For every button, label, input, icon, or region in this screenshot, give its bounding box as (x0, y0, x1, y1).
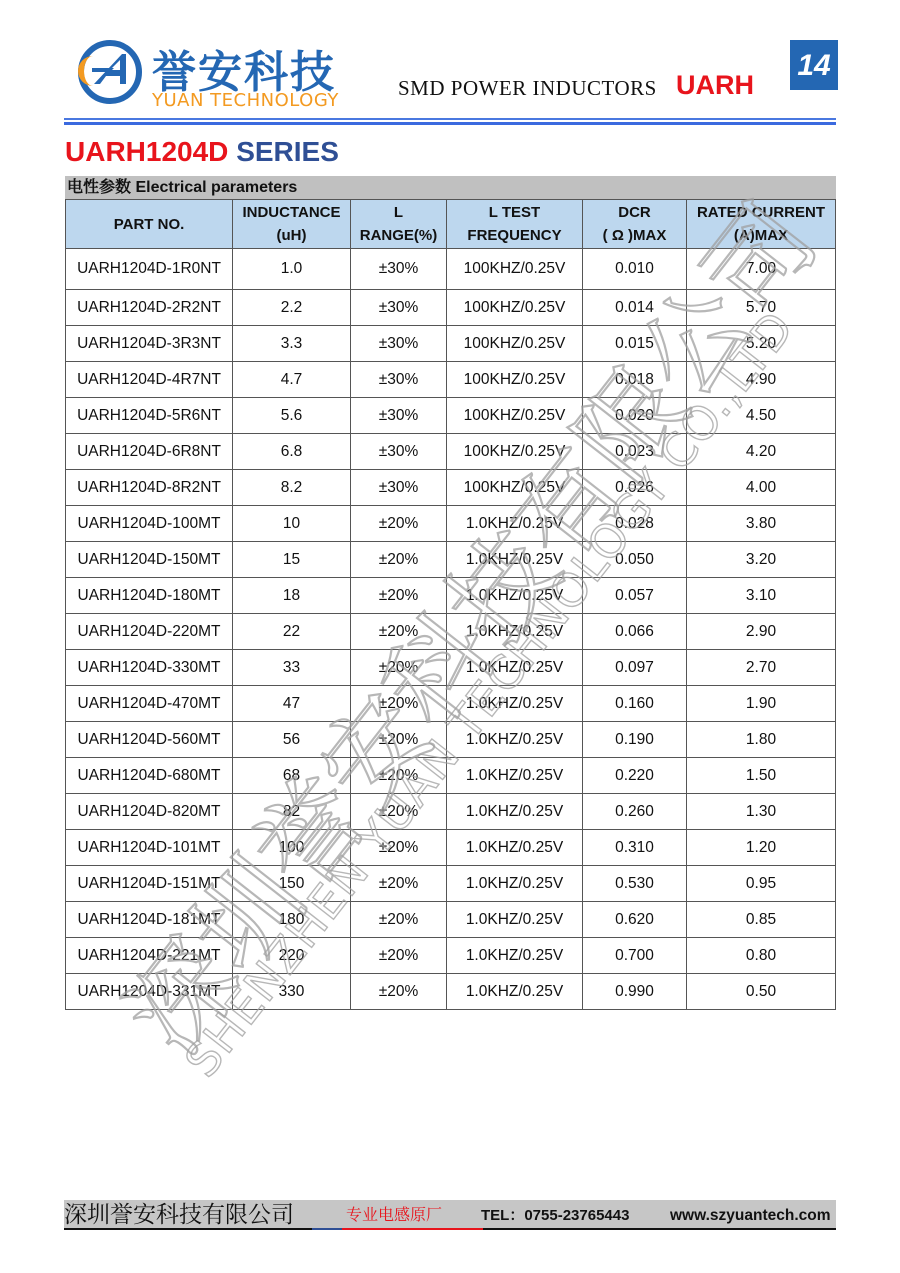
rated-current-cell: 3.80 (687, 506, 836, 542)
column-header-line1: L (351, 201, 446, 224)
dcr-cell: 0.990 (583, 974, 687, 1010)
inductance-cell: 10 (233, 506, 351, 542)
inductance-cell: 22 (233, 614, 351, 650)
rated-current-cell: 4.00 (687, 470, 836, 506)
tolerance-cell: ±30% (351, 434, 447, 470)
column-header-line1: PART NO. (66, 213, 232, 236)
part-number-cell: UARH1204D-101MT (66, 830, 233, 866)
test-frequency-cell: 1.0KHZ/0.25V (447, 758, 583, 794)
electrical-parameters-table: PART NO.INDUCTANCE(uH)LRANGE(%)L TESTFRE… (65, 199, 836, 1010)
inductance-cell: 1.0 (233, 249, 351, 290)
test-frequency-cell: 1.0KHZ/0.25V (447, 902, 583, 938)
tolerance-cell: ±20% (351, 542, 447, 578)
tolerance-cell: ±20% (351, 902, 447, 938)
test-frequency-cell: 1.0KHZ/0.25V (447, 542, 583, 578)
table-row: UARH1204D-150MT15±20%1.0KHZ/0.25V0.0503.… (66, 542, 836, 578)
table-row: UARH1204D-330MT33±20%1.0KHZ/0.25V0.0972.… (66, 650, 836, 686)
test-frequency-cell: 100KHZ/0.25V (447, 398, 583, 434)
dcr-cell: 0.018 (583, 362, 687, 398)
test-frequency-cell: 1.0KHZ/0.25V (447, 794, 583, 830)
tolerance-cell: ±20% (351, 686, 447, 722)
table-body: UARH1204D-1R0NT1.0±30%100KHZ/0.25V0.0107… (66, 249, 836, 1010)
rated-current-cell: 2.70 (687, 650, 836, 686)
table-row: UARH1204D-1R0NT1.0±30%100KHZ/0.25V0.0107… (66, 249, 836, 290)
part-number-cell: UARH1204D-3R3NT (66, 326, 233, 362)
part-number-cell: UARH1204D-470MT (66, 686, 233, 722)
test-frequency-cell: 1.0KHZ/0.25V (447, 974, 583, 1010)
tolerance-cell: ±20% (351, 866, 447, 902)
column-header: PART NO. (66, 200, 233, 249)
inductance-cell: 15 (233, 542, 351, 578)
dcr-cell: 0.190 (583, 722, 687, 758)
table-row: UARH1204D-331MT330±20%1.0KHZ/0.25V0.9900… (66, 974, 836, 1010)
table-row: UARH1204D-221MT220±20%1.0KHZ/0.25V0.7000… (66, 938, 836, 974)
page-header: 誉安科技 YUAN TECHNOLOGY SMD POWER INDUCTORS… (0, 0, 900, 130)
test-frequency-cell: 1.0KHZ/0.25V (447, 938, 583, 974)
document-type: SMD POWER INDUCTORS (398, 76, 657, 101)
tolerance-cell: ±30% (351, 326, 447, 362)
tolerance-cell: ±20% (351, 938, 447, 974)
test-frequency-cell: 1.0KHZ/0.25V (447, 506, 583, 542)
dcr-cell: 0.050 (583, 542, 687, 578)
part-number-cell: UARH1204D-150MT (66, 542, 233, 578)
rated-current-cell: 3.10 (687, 578, 836, 614)
part-number-cell: UARH1204D-8R2NT (66, 470, 233, 506)
page-footer: 深圳誉安科技有限公司 专业电感原厂 TEL：0755-23765443 www.… (64, 1200, 836, 1229)
tolerance-cell: ±20% (351, 758, 447, 794)
tolerance-cell: ±30% (351, 362, 447, 398)
rated-current-cell: 2.90 (687, 614, 836, 650)
rated-current-cell: 1.20 (687, 830, 836, 866)
table-row: UARH1204D-180MT18±20%1.0KHZ/0.25V0.0573.… (66, 578, 836, 614)
part-number-cell: UARH1204D-220MT (66, 614, 233, 650)
dcr-cell: 0.066 (583, 614, 687, 650)
rated-current-cell: 0.95 (687, 866, 836, 902)
table-row: UARH1204D-151MT150±20%1.0KHZ/0.25V0.5300… (66, 866, 836, 902)
tolerance-cell: ±20% (351, 830, 447, 866)
table-row: UARH1204D-3R3NT3.3±30%100KHZ/0.25V0.0155… (66, 326, 836, 362)
inductance-cell: 8.2 (233, 470, 351, 506)
dcr-cell: 0.028 (583, 506, 687, 542)
rated-current-cell: 0.80 (687, 938, 836, 974)
test-frequency-cell: 100KHZ/0.25V (447, 362, 583, 398)
part-number-cell: UARH1204D-680MT (66, 758, 233, 794)
series-model: UARH1204D (65, 136, 228, 167)
dcr-cell: 0.015 (583, 326, 687, 362)
part-number-cell: UARH1204D-180MT (66, 578, 233, 614)
table-row: UARH1204D-220MT22±20%1.0KHZ/0.25V0.0662.… (66, 614, 836, 650)
tolerance-cell: ±20% (351, 506, 447, 542)
dcr-cell: 0.530 (583, 866, 687, 902)
part-number-cell: UARH1204D-100MT (66, 506, 233, 542)
table-row: UARH1204D-6R8NT6.8±30%100KHZ/0.25V0.0234… (66, 434, 836, 470)
part-number-cell: UARH1204D-5R6NT (66, 398, 233, 434)
rated-current-cell: 5.20 (687, 326, 836, 362)
test-frequency-cell: 1.0KHZ/0.25V (447, 830, 583, 866)
company-logo: 誉安科技 YUAN TECHNOLOGY (78, 40, 348, 112)
rated-current-cell: 1.80 (687, 722, 836, 758)
column-header: DCR( Ω )MAX (583, 200, 687, 249)
inductance-cell: 18 (233, 578, 351, 614)
logo-english-name: YUAN TECHNOLOGY (152, 90, 339, 111)
rated-current-cell: 0.50 (687, 974, 836, 1010)
inductance-cell: 3.3 (233, 326, 351, 362)
tolerance-cell: ±30% (351, 398, 447, 434)
rated-current-cell: 5.70 (687, 290, 836, 326)
table-row: UARH1204D-4R7NT4.7±30%100KHZ/0.25V0.0184… (66, 362, 836, 398)
tolerance-cell: ±20% (351, 974, 447, 1010)
rated-current-cell: 4.50 (687, 398, 836, 434)
tolerance-cell: ±20% (351, 722, 447, 758)
table-row: UARH1204D-181MT180±20%1.0KHZ/0.25V0.6200… (66, 902, 836, 938)
part-number-cell: UARH1204D-151MT (66, 866, 233, 902)
test-frequency-cell: 100KHZ/0.25V (447, 326, 583, 362)
part-number-cell: UARH1204D-6R8NT (66, 434, 233, 470)
inductance-cell: 100 (233, 830, 351, 866)
dcr-cell: 0.023 (583, 434, 687, 470)
table-row: UARH1204D-820MT82±20%1.0KHZ/0.25V0.2601.… (66, 794, 836, 830)
tolerance-cell: ±20% (351, 578, 447, 614)
table-row: UARH1204D-5R6NT5.6±30%100KHZ/0.25V0.0204… (66, 398, 836, 434)
dcr-cell: 0.260 (583, 794, 687, 830)
tolerance-cell: ±30% (351, 249, 447, 290)
dcr-cell: 0.026 (583, 470, 687, 506)
table-row: UARH1204D-560MT56±20%1.0KHZ/0.25V0.1901.… (66, 722, 836, 758)
inductance-cell: 220 (233, 938, 351, 974)
inductance-cell: 180 (233, 902, 351, 938)
rated-current-cell: 1.50 (687, 758, 836, 794)
rated-current-cell: 1.90 (687, 686, 836, 722)
inductance-cell: 82 (233, 794, 351, 830)
table-row: UARH1204D-101MT100±20%1.0KHZ/0.25V0.3101… (66, 830, 836, 866)
column-header-line2: (uH) (233, 224, 350, 247)
test-frequency-cell: 100KHZ/0.25V (447, 434, 583, 470)
section-heading: 电性参数 Electrical parameters (65, 176, 836, 199)
column-header-line2: RANGE(%) (351, 224, 446, 247)
column-header: RATED CURRENT(A)MAX (687, 200, 836, 249)
test-frequency-cell: 1.0KHZ/0.25V (447, 650, 583, 686)
part-number-cell: UARH1204D-331MT (66, 974, 233, 1010)
footer-company-name: 深圳誉安科技有限公司 (64, 1200, 294, 1230)
rated-current-cell: 4.90 (687, 362, 836, 398)
dcr-cell: 0.700 (583, 938, 687, 974)
part-number-cell: UARH1204D-4R7NT (66, 362, 233, 398)
test-frequency-cell: 100KHZ/0.25V (447, 470, 583, 506)
rated-current-cell: 0.85 (687, 902, 836, 938)
column-header: INDUCTANCE(uH) (233, 200, 351, 249)
column-header-line2: ( Ω )MAX (583, 224, 686, 247)
dcr-cell: 0.620 (583, 902, 687, 938)
column-header-line2: (A)MAX (687, 224, 835, 247)
footer-slogan: 专业电感原厂 (346, 1202, 442, 1230)
inductance-cell: 150 (233, 866, 351, 902)
inductance-cell: 330 (233, 974, 351, 1010)
column-header-line1: L TEST (447, 201, 582, 224)
footer-website-link[interactable]: www.szyuantech.com (670, 1202, 831, 1230)
footer-telephone: TEL：0755-23765443 (481, 1202, 629, 1230)
inductance-cell: 4.7 (233, 362, 351, 398)
dcr-cell: 0.220 (583, 758, 687, 794)
test-frequency-cell: 1.0KHZ/0.25V (447, 614, 583, 650)
part-number-cell: UARH1204D-2R2NT (66, 290, 233, 326)
test-frequency-cell: 100KHZ/0.25V (447, 290, 583, 326)
column-header: L TESTFREQUENCY (447, 200, 583, 249)
dcr-cell: 0.160 (583, 686, 687, 722)
inductance-cell: 5.6 (233, 398, 351, 434)
part-number-cell: UARH1204D-1R0NT (66, 249, 233, 290)
rated-current-cell: 7.00 (687, 249, 836, 290)
test-frequency-cell: 100KHZ/0.25V (447, 249, 583, 290)
inductance-cell: 68 (233, 758, 351, 794)
table-header-row: PART NO.INDUCTANCE(uH)LRANGE(%)L TESTFRE… (66, 200, 836, 249)
page-number-badge: 14 (790, 40, 838, 90)
part-number-cell: UARH1204D-820MT (66, 794, 233, 830)
column-header: LRANGE(%) (351, 200, 447, 249)
part-number-cell: UARH1204D-221MT (66, 938, 233, 974)
part-number-cell: UARH1204D-330MT (66, 650, 233, 686)
dcr-cell: 0.010 (583, 249, 687, 290)
tolerance-cell: ±30% (351, 470, 447, 506)
dcr-cell: 0.310 (583, 830, 687, 866)
test-frequency-cell: 1.0KHZ/0.25V (447, 722, 583, 758)
rated-current-cell: 3.20 (687, 542, 836, 578)
column-header-line1: RATED CURRENT (687, 201, 835, 224)
tolerance-cell: ±20% (351, 614, 447, 650)
dcr-cell: 0.057 (583, 578, 687, 614)
table-row: UARH1204D-8R2NT8.2±30%100KHZ/0.25V0.0264… (66, 470, 836, 506)
rated-current-cell: 4.20 (687, 434, 836, 470)
dcr-cell: 0.020 (583, 398, 687, 434)
table-row: UARH1204D-470MT47±20%1.0KHZ/0.25V0.1601.… (66, 686, 836, 722)
table-row: UARH1204D-2R2NT2.2±30%100KHZ/0.25V0.0145… (66, 290, 836, 326)
rated-current-cell: 1.30 (687, 794, 836, 830)
test-frequency-cell: 1.0KHZ/0.25V (447, 686, 583, 722)
inductance-cell: 33 (233, 650, 351, 686)
logo-a-glyph-icon (92, 50, 130, 90)
tolerance-cell: ±20% (351, 650, 447, 686)
header-divider (64, 118, 836, 126)
part-number-cell: UARH1204D-560MT (66, 722, 233, 758)
column-header-line2: FREQUENCY (447, 224, 582, 247)
column-header-line1: INDUCTANCE (233, 201, 350, 224)
tolerance-cell: ±20% (351, 794, 447, 830)
inductance-cell: 56 (233, 722, 351, 758)
inductance-cell: 47 (233, 686, 351, 722)
table-row: UARH1204D-680MT68±20%1.0KHZ/0.25V0.2201.… (66, 758, 836, 794)
inductance-cell: 2.2 (233, 290, 351, 326)
column-header-line1: DCR (583, 201, 686, 224)
table-row: UARH1204D-100MT10±20%1.0KHZ/0.25V0.0283.… (66, 506, 836, 542)
series-code: UARH (676, 70, 754, 101)
series-title: UARH1204D SERIES (65, 136, 339, 168)
tolerance-cell: ±30% (351, 290, 447, 326)
inductance-cell: 6.8 (233, 434, 351, 470)
dcr-cell: 0.097 (583, 650, 687, 686)
series-suffix: SERIES (236, 136, 339, 167)
test-frequency-cell: 1.0KHZ/0.25V (447, 578, 583, 614)
test-frequency-cell: 1.0KHZ/0.25V (447, 866, 583, 902)
part-number-cell: UARH1204D-181MT (66, 902, 233, 938)
dcr-cell: 0.014 (583, 290, 687, 326)
footer-divider (64, 1228, 836, 1230)
